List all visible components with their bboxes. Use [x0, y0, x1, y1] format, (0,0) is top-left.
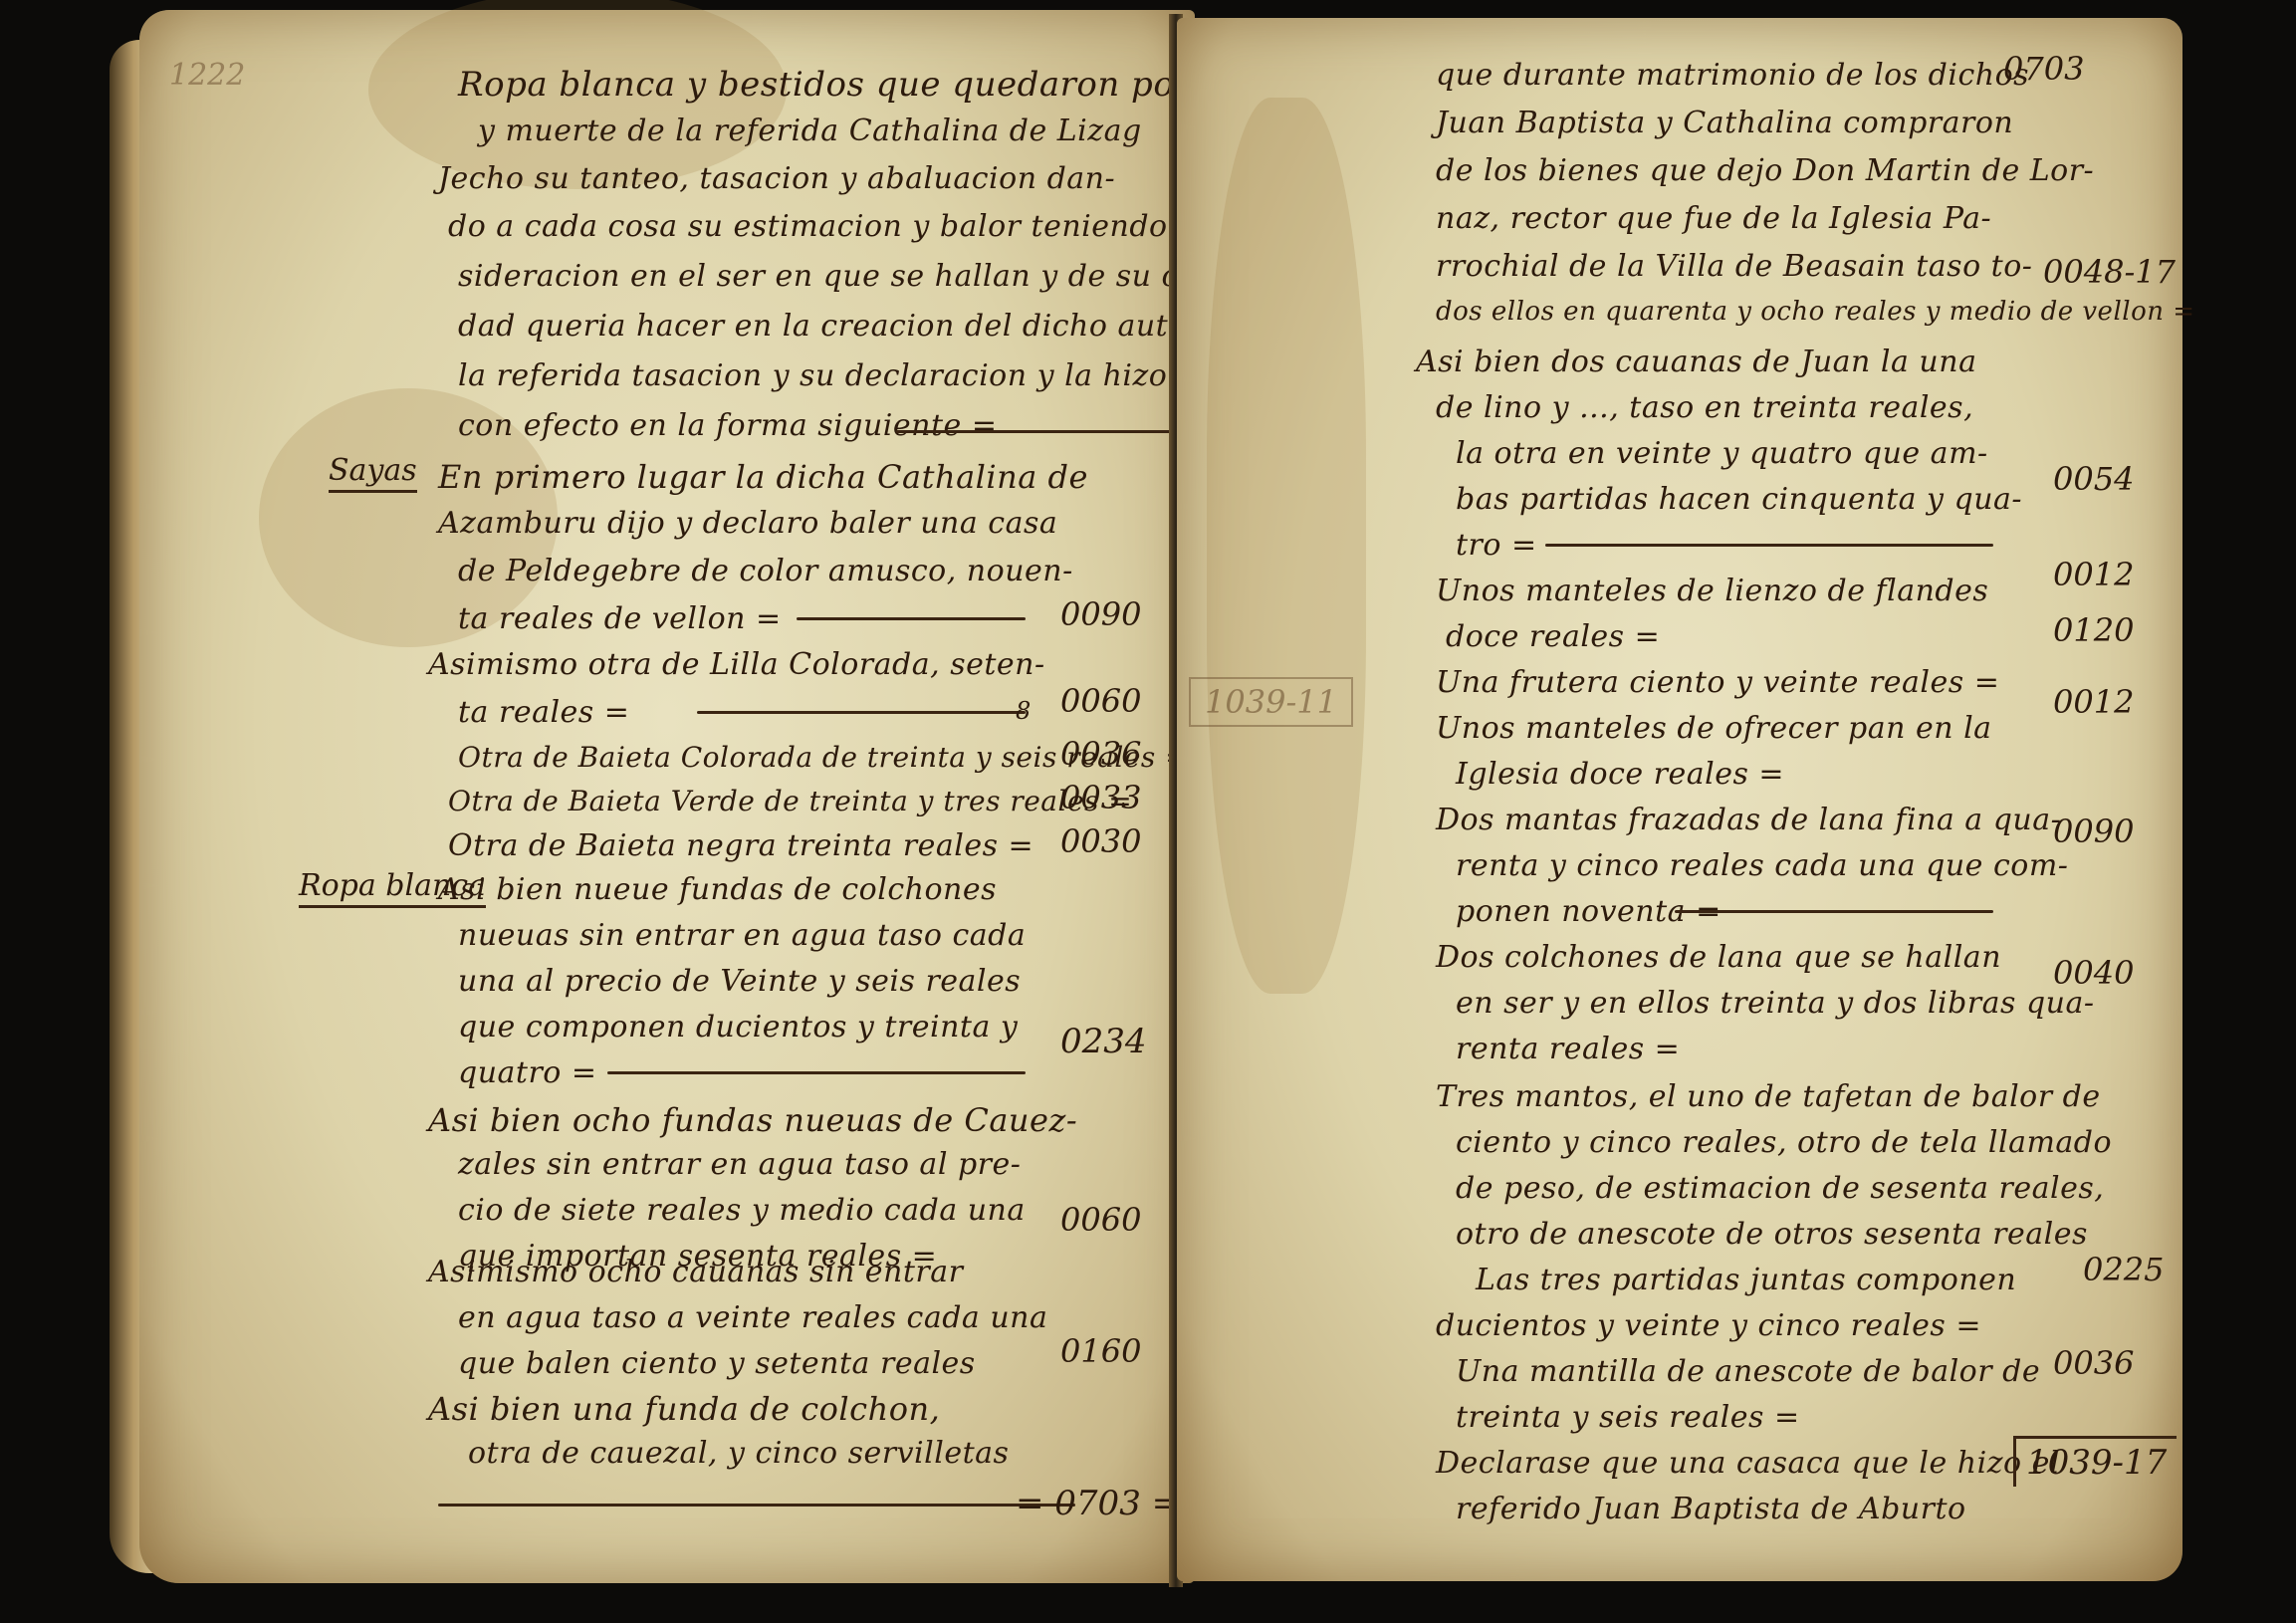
text-line: Una frutera ciento y veinte reales = [1436, 665, 1999, 700]
text-line: en agua taso a veinte reales cada una [458, 1300, 1047, 1335]
text-line: ciento y cinco reales, otro de tela llam… [1456, 1125, 2112, 1160]
text-line: rrochial de la Villa de Beasain taso to- [1436, 249, 2032, 284]
text-line: do a cada cosa su estimacion y balor ten… [448, 209, 1244, 244]
amount-cell: 0160 [1060, 1332, 1141, 1370]
text-line: tro = [1456, 528, 1537, 563]
amount-cell: 0040 [2053, 954, 2134, 992]
text-line: de Peldegebre de color amusco, nouen- [458, 554, 1073, 588]
text-line: renta y cinco reales cada una que com- [1456, 848, 2068, 883]
text-line: Iglesia doce reales = [1456, 757, 1784, 792]
text-line: que balen ciento y setenta reales [458, 1346, 976, 1381]
text-line: cio de siete reales y medio cada una [458, 1193, 1026, 1228]
line-filler-rule [896, 430, 1175, 433]
margin-note-sayas: Sayas [329, 453, 417, 493]
text-line: naz, rector que fue de la Iglesia Pa- [1436, 201, 1991, 236]
text-line: bas partidas hacen cinquenta y qua- [1456, 482, 2022, 517]
text-line: de peso, de estimacion de sesenta reales… [1456, 1171, 2104, 1206]
text-line: Asi bien dos cauanas de Juan la una [1416, 345, 1976, 379]
text-line: ta reales = [458, 695, 629, 730]
text-line: doce reales = [1446, 619, 1660, 654]
text-line: de los bienes que dejo Don Martin de Lor… [1436, 153, 2094, 188]
amount-cell: 0120 [2053, 611, 2134, 649]
text-line: Unos manteles de ofrecer pan en la [1436, 711, 1992, 746]
text-line: Asi bien nueue fundas de colchones [438, 872, 997, 907]
text-line: Otra de Baieta negra treinta reales = [448, 828, 1033, 863]
text-line: con efecto en la forma siguiente = [458, 408, 997, 443]
amount-cell: 0090 [1060, 595, 1141, 633]
text-line: de lino y ..., taso en treinta reales, [1436, 390, 1973, 425]
corner-folio-mark: 1222 [169, 58, 245, 93]
line-filler-rule [607, 1071, 1026, 1074]
text-line: Una mantilla de anescote de balor de [1456, 1354, 2040, 1389]
text-line: Asi bien una funda de colchon, [428, 1390, 940, 1428]
amount-cell: 0225 [2083, 1251, 2164, 1288]
line-filler-rule [1545, 544, 1993, 547]
text-line: la referida tasacion y su declaracion y … [458, 358, 1167, 393]
amount-cell: 0054 [2053, 460, 2134, 498]
text-line: Declarase que una casaca que le hizo el [1436, 1446, 2060, 1481]
text-line: treinta y seis reales = [1456, 1400, 1800, 1435]
amount-cell: 0030 [1060, 822, 1141, 860]
text-line: Otra de Baieta Verde de treinta y tres r… [448, 785, 1132, 817]
text-line: que componen ducientos y treinta y [458, 1010, 1018, 1044]
amount-cell: 0033 [1060, 779, 1141, 816]
text-line: Jecho su tanteo, tasacion y abaluacion d… [438, 161, 1115, 196]
text-line: Unos manteles de lienzo de flandes [1436, 574, 1988, 608]
text-line: Dos mantas frazadas de lana fina a qua- [1436, 803, 2061, 837]
line-filler-rule [797, 617, 1026, 620]
text-line: dos ellos en quarenta y ocho reales y me… [1436, 297, 2195, 327]
text-line: Dos colchones de lana que se hallan [1436, 940, 2001, 975]
text-line: la otra en veinte y quatro que am- [1456, 436, 1988, 471]
right-page: que durante matrimonio de los dichos 070… [1177, 18, 2182, 1581]
text-line: quatro = [458, 1055, 597, 1090]
total-rule [438, 1504, 1075, 1507]
text-line: sideracion en el ser en que se hallan y … [458, 259, 1228, 294]
page-total: = 0703 = [1016, 1484, 1180, 1523]
text-line: Ropa blanca y bestidos que quedaron por … [458, 65, 1249, 105]
text-line: dad queria hacer en la creacion del dich… [458, 309, 1187, 344]
amount-cell: 0012 [2053, 556, 2134, 593]
text-line: Juan Baptista y Cathalina compraron [1436, 106, 2013, 140]
text-line: otra de cauezal, y cinco servilletas [468, 1436, 1009, 1471]
text-line: que durante matrimonio de los dichos [1436, 58, 2029, 93]
text-line: zales sin entrar en agua taso al pre- [458, 1147, 1021, 1182]
carry-forward-amount: 0703 [2003, 50, 2084, 88]
amount-cell: 0060 [1060, 1201, 1141, 1239]
page-total: 1039-17 [2013, 1436, 2177, 1487]
amount-cell: 0060 [1060, 682, 1141, 720]
amount-cell: 0036 [2053, 1344, 2134, 1382]
text-line: referido Juan Baptista de Aburto [1456, 1492, 1966, 1526]
water-stain [1207, 98, 1366, 994]
text-line: Tres mantos, el uno de tafetan de balor … [1436, 1079, 2101, 1114]
amount-cell: 0234 [1060, 1022, 1147, 1061]
text-line: ta reales de vellon = [458, 601, 782, 636]
faint-boxed-total: 1039-11 [1189, 677, 1353, 727]
text-line: Asimismo otra de Lilla Colorada, seten- [428, 647, 1045, 682]
text-line: y muerte de la referida Cathalina de Liz… [478, 114, 1142, 148]
amount-cell: 0036 [1060, 735, 1141, 773]
left-page: 1222 Ropa blanca y bestidos que quedaron… [139, 10, 1195, 1583]
text-line: renta reales = [1456, 1032, 1680, 1066]
text-line: En primero lugar la dicha Cathalina de [438, 458, 1088, 496]
text-line: Asi bien ocho fundas nueuas de Cauez- [428, 1101, 1077, 1139]
text-line: Azamburu dijo y declaro baler una casa [438, 506, 1057, 541]
amount-cell: 0048-17 [2043, 253, 2176, 291]
text-line: nueuas sin entrar en agua taso cada [458, 918, 1026, 953]
small-note: 8 [1016, 697, 1032, 725]
text-line: otro de anescote de otros sesenta reales [1456, 1217, 2088, 1252]
text-line: Las tres partidas juntas componen [1476, 1263, 2016, 1297]
manuscript-spread: 1222 Ropa blanca y bestidos que quedaron… [110, 0, 2200, 1603]
amount-cell: 0090 [2053, 812, 2134, 850]
text-line: Asimismo ocho cauanas sin entrar [428, 1255, 964, 1289]
text-line: una al precio de Veinte y seis reales [458, 964, 1021, 999]
line-filler-rule [1675, 910, 1993, 913]
text-line: ducientos y veinte y cinco reales = [1436, 1308, 1981, 1343]
text-line: en ser y en ellos treinta y dos libras q… [1456, 986, 2095, 1021]
amount-cell: 0012 [2053, 683, 2134, 721]
line-filler-rule [697, 711, 1026, 714]
